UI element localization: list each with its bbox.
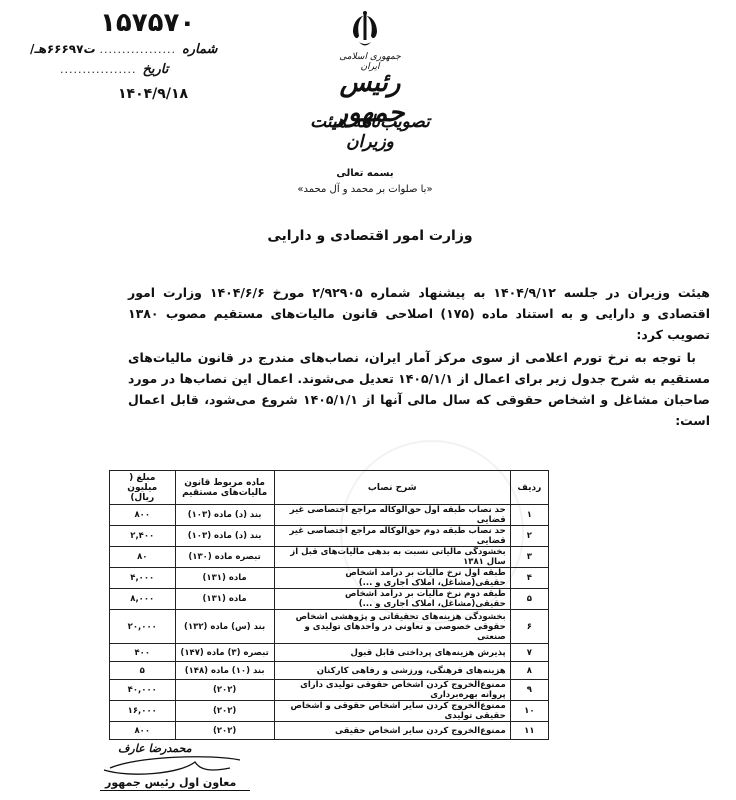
signature-underline — [100, 790, 250, 791]
salawat: «با صلوات بر محمد و آل محمد» — [280, 184, 450, 195]
addressee-title: وزارت امور اقتصادی و دارایی — [260, 228, 480, 244]
number-row: شماره ................. ت۶۶۶۹۷هـ/ — [30, 42, 217, 57]
date-dots: ................. — [60, 63, 136, 76]
cell-amount: ۸,۰۰۰ — [110, 589, 176, 610]
table-row: ۹ ممنوع‌الخروج کردن اشخاص حقوقی تولیدی د… — [110, 680, 549, 701]
table-header-row: ردیف شرح نصاب ماده مربوط قانون مالیات‌ها… — [110, 471, 549, 505]
number-label: شماره — [182, 42, 217, 57]
cell-amount: ۱۶,۰۰۰ — [110, 701, 176, 722]
table-row: ۶ بخشودگی هزینه‌های تحقیقاتی و پژوهشی اش… — [110, 610, 549, 644]
cell-description: ممنوع‌الخروج کردن اشخاص حقوقی تولیدی دار… — [274, 680, 510, 701]
table-row: ۲ حد نصاب طبقه دوم حق‌الوکاله مراجع اختص… — [110, 526, 549, 547]
table-row: ۱۱ ممنوع‌الخروج کردن سایر اشخاص حقیقی (۲… — [110, 722, 549, 740]
cell-row-number: ۲ — [510, 526, 548, 547]
body-paragraph-1: هیئت وزیران در جلسه ۱۴۰۴/۹/۱۲ به پیشنهاد… — [128, 282, 710, 345]
cell-amount: ۸۰۰ — [110, 722, 176, 740]
cell-description: ممنوع‌الخروج کردن سایر اشخاص حقوقی و اشخ… — [274, 701, 510, 722]
cell-description: ممنوع‌الخروج کردن سایر اشخاص حقیقی — [274, 722, 510, 740]
signer-title: معاون اول رئیس جمهور — [105, 776, 236, 789]
cell-article: تبصره (۳) ماده (۱۴۷) — [175, 644, 274, 662]
cell-description: بخشودگی هزینه‌های تحقیقاتی و پژوهشی اشخا… — [274, 610, 510, 644]
cell-article: بند (د) ماده (۱۰۳) — [175, 505, 274, 526]
cell-row-number: ۳ — [510, 547, 548, 568]
cell-row-number: ۶ — [510, 610, 548, 644]
cell-amount: ۲۰,۰۰۰ — [110, 610, 176, 644]
cell-article: (۲۰۲) — [175, 701, 274, 722]
table-row: ۷ پذیرش هزینه‌های پرداختی قابل قبول تبصر… — [110, 644, 549, 662]
cell-amount: ۴۰,۰۰۰ — [110, 680, 176, 701]
cell-row-number: ۷ — [510, 644, 548, 662]
cell-description: پذیرش هزینه‌های پرداختی قابل قبول — [274, 644, 510, 662]
cell-article: (۲۰۲) — [175, 722, 274, 740]
cell-article: بند (۱۰) ماده (۱۴۸) — [175, 662, 274, 680]
number-suffix: ت۶۶۶۹۷هـ/ — [30, 42, 96, 56]
header-article: ماده مربوط قانون مالیات‌های مستقیم — [175, 471, 274, 505]
cabinet-title: تصویب‌نامه هیئت وزیران — [290, 112, 450, 152]
cell-article: بند (د) ماده (۱۰۳) — [175, 526, 274, 547]
cell-amount: ۴۰۰ — [110, 644, 176, 662]
cell-amount: ۵ — [110, 662, 176, 680]
cell-article: تبصره ماده (۱۳۰) — [175, 547, 274, 568]
date-row: تاریخ ................. — [60, 62, 168, 77]
cell-row-number: ۱۰ — [510, 701, 548, 722]
cell-row-number: ۹ — [510, 680, 548, 701]
cell-article: ماده (۱۳۱) — [175, 568, 274, 589]
cell-amount: ۲,۴۰۰ — [110, 526, 176, 547]
cell-description: طبقه دوم نرخ مالیات بر درآمد اشخاص حقیقی… — [274, 589, 510, 610]
cell-amount: ۴,۰۰۰ — [110, 568, 176, 589]
cell-article: (۲۰۲) — [175, 680, 274, 701]
cell-row-number: ۴ — [510, 568, 548, 589]
table-row: ۳ بخشودگی مالیاتی نسبت به بدهی مالیات‌ها… — [110, 547, 549, 568]
cell-description: حد نصاب طبقه دوم حق‌الوکاله مراجع اختصاص… — [274, 526, 510, 547]
cell-description: بخشودگی مالیاتی نسبت به بدهی مالیات‌های … — [274, 547, 510, 568]
letter-number-big: ۱۵۷۵۷۰ — [100, 8, 195, 38]
cell-description: هزینه‌های فرهنگی، ورزشی و رفاهی کارکنان — [274, 662, 510, 680]
table-row: ۱ حد نصاب طبقه اول حق‌الوکاله مراجع اختص… — [110, 505, 549, 526]
cell-row-number: ۱ — [510, 505, 548, 526]
header-amount: مبلغ ( میلیون ریال) — [110, 471, 176, 505]
body-paragraph-2: با توجه به نرخ تورم اعلامی از سوی مرکز آ… — [128, 347, 710, 431]
iran-emblem-icon — [345, 10, 385, 50]
thresholds-table: ردیف شرح نصاب ماده مربوط قانون مالیات‌ها… — [109, 470, 549, 740]
table-row: ۱۰ ممنوع‌الخروج کردن سایر اشخاص حقوقی و … — [110, 701, 549, 722]
cell-row-number: ۱۱ — [510, 722, 548, 740]
cell-article: ماده (۱۳۱) — [175, 589, 274, 610]
cell-description: طبقه اول نرخ مالیات بر درآمد اشخاص حقیقی… — [274, 568, 510, 589]
header-description: شرح نصاب — [274, 471, 510, 505]
header-row-number: ردیف — [510, 471, 548, 505]
date-value: ۱۴۰۴/۹/۱۸ — [118, 86, 188, 102]
date-label: تاریخ — [142, 62, 168, 77]
cell-description: حد نصاب طبقه اول حق‌الوکاله مراجع اختصاص… — [274, 505, 510, 526]
table-row: ۸ هزینه‌های فرهنگی، ورزشی و رفاهی کارکنا… — [110, 662, 549, 680]
bismillah: بسمه تعالی — [280, 168, 450, 179]
cell-article: بند (س) ماده (۱۳۲) — [175, 610, 274, 644]
cell-row-number: ۵ — [510, 589, 548, 610]
table-row: ۴ طبقه اول نرخ مالیات بر درآمد اشخاص حقی… — [110, 568, 549, 589]
cell-amount: ۸۰ — [110, 547, 176, 568]
number-dots: ................. — [100, 43, 176, 56]
cell-row-number: ۸ — [510, 662, 548, 680]
table-row: ۵ طبقه دوم نرخ مالیات بر درآمد اشخاص حقی… — [110, 589, 549, 610]
cell-amount: ۸۰۰ — [110, 505, 176, 526]
